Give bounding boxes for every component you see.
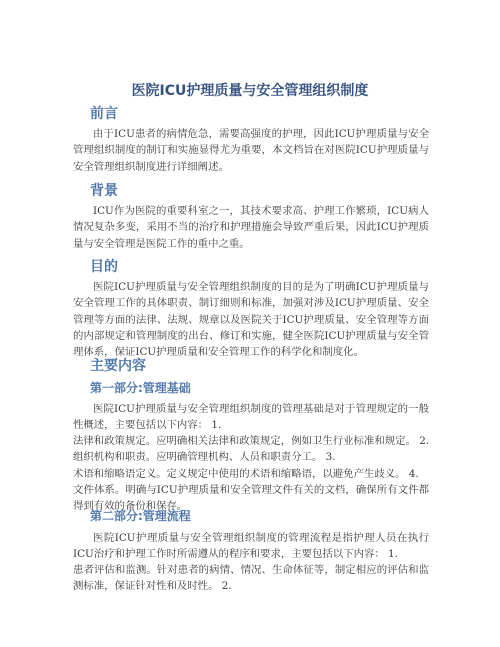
document-title: 医院ICU护理质量与安全管理组织制度 — [0, 80, 500, 100]
subsection-heading-part-one: 第一部分:管理基础 — [90, 379, 191, 396]
list-item: 患者评估和监测。针对患者的病情、情况、生命体征等，制定相应的评估和监测标准，保证… — [73, 562, 429, 595]
subsection-heading-part-two: 第二部分:管理流程 — [90, 507, 191, 524]
subsection-intro-part-two: 医院ICU护理质量与安全管理组织制度的管理流程是指护理人员在执行ICU治疗和护理… — [73, 530, 429, 563]
list-item: 法律和政策规定。应明确相关法律和政策规定，例如卫生行业标准和规定。 2. — [73, 433, 429, 449]
section-paragraph-background: ICU作为医院的重要科室之一，其技术要求高、护理工作繁琐，ICU病人情况复杂多变… — [73, 203, 429, 252]
document-page: 医院ICU护理质量与安全管理组织制度 前言 由于ICU患者的病情危急，需要高强度… — [0, 0, 500, 647]
subsection-list-part-one: 法律和政策规定。应明确相关法律和政策规定，例如卫生行业标准和规定。 2. 组织机… — [73, 433, 429, 514]
list-item: 术语和缩略语定义。定义规定中使用的术语和缩略语，以避免产生歧义。 4. — [73, 466, 429, 482]
subsection-intro-part-one: 医院ICU护理质量与安全管理组织制度的管理基础是对于管理规定的一般性概述，主要包… — [73, 401, 429, 434]
list-item: 组织机构和职责。应明确管理机构、人员和职责分工。 3. — [73, 449, 429, 465]
section-paragraph-purpose: 医院ICU护理质量与安全管理组织制度的目的是为了明确ICU护理质量与安全管理工作… — [73, 279, 429, 360]
section-heading-main-content: 主要内容 — [90, 355, 146, 375]
subsection-list-part-two: 患者评估和监测。针对患者的病情、情况、生命体征等，制定相应的评估和监测标准，保证… — [73, 562, 429, 595]
section-heading-background: 背景 — [90, 180, 118, 200]
section-heading-purpose: 目的 — [90, 256, 118, 276]
section-paragraph-preface: 由于ICU患者的病情危急，需要高强度的护理，因此ICU护理质量与安全管理组织制度… — [73, 126, 429, 175]
section-heading-preface: 前言 — [90, 103, 118, 123]
